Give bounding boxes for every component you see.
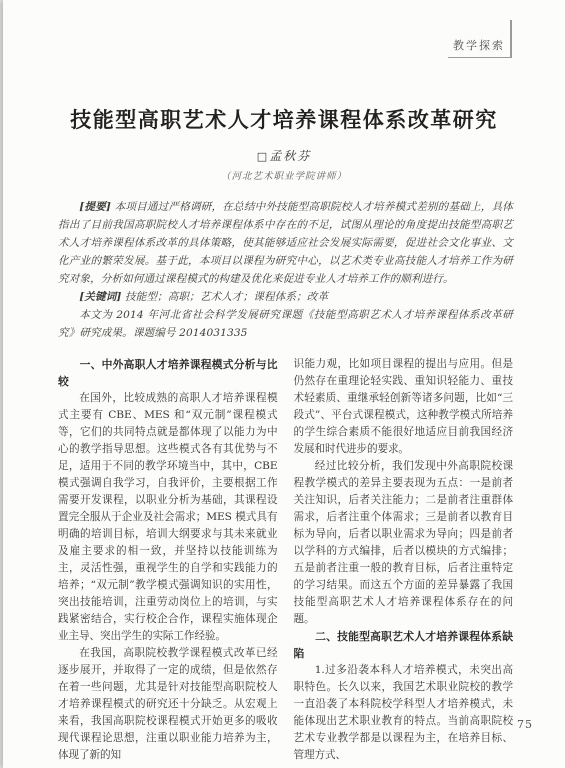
front-matter: [提要] 本项目通过严格调研，在总结中外技能型高职院校人才培养模式差别的基础上，… [58, 198, 513, 342]
section2-heading: 二、技能型高职艺术人才培养课程体系缺陷 [294, 628, 514, 662]
section1-heading: 一、中外高职人才培养课程模式分析与比较 [58, 356, 278, 390]
document-page: 教学探索 技能型高职艺术人才培养课程体系改革研究 □孟秋芬 （河北艺术职业学院讲… [3, 0, 565, 768]
left-column: 一、中外高职人才培养课程模式分析与比较 在国外，比较成熟的高职人才培养课程模式主… [58, 356, 278, 764]
author-name: 孟秋芬 [269, 149, 311, 163]
scanned-page-background: 教学探索 技能型高职艺术人才培养课程体系改革研究 □孟秋芬 （河北艺术职业学院讲… [0, 0, 565, 768]
page-number: 75 [517, 718, 533, 731]
abstract-text: 本项目通过严格调研，在总结中外技能型高职院校人才培养模式差别的基础上，具体指出了… [58, 201, 513, 285]
right-column: 识能力观，比如项目课程的提出与应用。但是仍然存在重理论轻实践、重知识轻能力、重技… [294, 356, 514, 764]
column-tag-label: 教学探索 [453, 37, 505, 53]
keywords-line: [关键词] 技能型；高职；艺术人才；课程体系；改革 [58, 288, 513, 306]
funding-note: 本文为 2014 年河北省社会科学发展研究课题《技能型高职艺术人才培养课程体系改… [58, 306, 513, 342]
section2-paragraph-1: 1.过多沿袭本科人才培养模式，未突出高职特色。长久以来，我国艺术职业院校的教学一… [294, 662, 514, 764]
section1-paragraph-2-continued: 识能力观，比如项目课程的提出与应用。但是仍然存在重理论轻实践、重知识轻能力、重技… [294, 356, 514, 458]
keywords-label: [关键词] [79, 291, 121, 303]
keywords-text: 技能型；高职；艺术人才；课程体系；改革 [122, 291, 329, 303]
section1-paragraph-3: 经过比较分析，我们发现中外高职院校课程教学模式的差异主要表现为五点：一是前者关注… [294, 458, 514, 628]
author-marker-icon: □ [257, 150, 269, 163]
author-affiliation: （河北艺术职业学院讲师） [3, 168, 565, 182]
section1-paragraph-2: 在我国，高职院校教学课程模式改革已经逐步展开，并取得了一定的成绩，但是依然存在着… [58, 645, 278, 764]
article-body: 一、中外高职人才培养课程模式分析与比较 在国外，比较成熟的高职人才培养课程模式主… [58, 356, 513, 764]
column-tag: 教学探索 [448, 20, 512, 58]
abstract-label: [提要] [79, 201, 111, 213]
author-line: □孟秋芬 [3, 147, 565, 164]
section1-paragraph-1: 在国外，比较成熟的高职人才培养课程模式主要有 CBE、MES 和“双元制”课程模… [58, 390, 278, 645]
abstract-paragraph: [提要] 本项目通过严格调研，在总结中外技能型高职院校人才培养模式差别的基础上，… [58, 198, 513, 288]
